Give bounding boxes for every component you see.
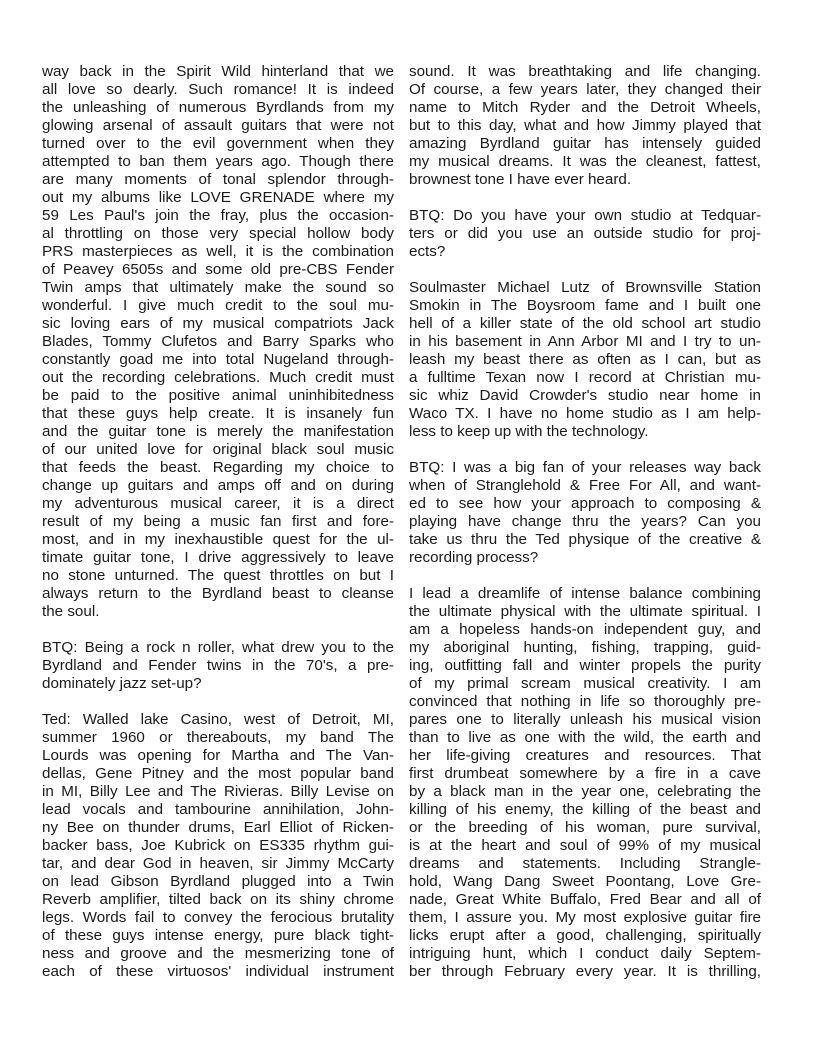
text-line: hell of a killer state of the old school…: [409, 315, 761, 333]
text-line: sic loving ears of my musical compatriot…: [42, 315, 394, 333]
text-line: than to live as one with the wild, the e…: [409, 729, 761, 747]
text-line: in his basement in Ann Arbor MI and I tr…: [409, 333, 761, 351]
text-line: Soulmaster Michael Lutz of Brownsville S…: [409, 279, 761, 297]
text-line: constantly goad me into total Nugeland t…: [42, 351, 394, 369]
text-line: no stone unturned. The quest throttles o…: [42, 567, 394, 585]
text-line: or the breeding of his woman, pure survi…: [409, 819, 761, 837]
text-line: am a hopeless hands-on independent guy, …: [409, 621, 761, 639]
text-line: by a black man in the year one, celebrat…: [409, 783, 761, 801]
text-line: and the guitar tone is merely the manife…: [42, 423, 394, 441]
text-line: less to keep up with the technology.: [409, 423, 761, 441]
text-line: al throttling on those very special holl…: [42, 225, 394, 243]
text-line: BTQ: Being a rock n roller, what drew yo…: [42, 639, 394, 657]
interview-question: BTQ: I was a big fan of your releases wa…: [409, 459, 761, 567]
text-line: I lead a dreamlife of intense balance co…: [409, 585, 761, 603]
text-line: hold, Wang Dang Sweet Poontang, Love Gre…: [409, 873, 761, 891]
text-line: PRS masterpieces as well, it is the comb…: [42, 243, 394, 261]
text-line: killing of his enemy, the killing of the…: [409, 801, 761, 819]
text-line: pares one to literally unleash his music…: [409, 711, 761, 729]
text-line: sic whiz David Crowder's studio near hom…: [409, 387, 761, 405]
text-line: Smokin in The Boysroom fame and I built …: [409, 297, 761, 315]
text-line: Ted: Walled lake Casino, west of Detroit…: [42, 711, 394, 729]
left-column: way back in the Spirit Wild hinterland t…: [42, 63, 394, 999]
interview-question: BTQ: Do you have your own studio at Tedq…: [409, 207, 761, 261]
text-line: Reverb amplifier, tilted back on its shi…: [42, 891, 394, 909]
text-line: take us thru the Ted physique of the cre…: [409, 531, 761, 549]
text-line: ness and groove and the mesmerizing tone…: [42, 945, 394, 963]
interview-answer: I lead a dreamlife of intense balance co…: [409, 585, 761, 981]
text-line: Lourds was opening for Martha and The Va…: [42, 747, 394, 765]
text-line: of these guys intense energy, pure black…: [42, 927, 394, 945]
text-line: attempted to ban them years ago. Though …: [42, 153, 394, 171]
interview-answer: sound. It was breathtaking and life chan…: [409, 63, 761, 189]
text-line: intriguing hunt, which I conduct daily S…: [409, 945, 761, 963]
text-line: out the recording celebrations. Much cre…: [42, 369, 394, 387]
text-line: that feeds the beast. Regarding my choic…: [42, 459, 394, 477]
text-line: Byrdland and Fender twins in the 70's, a…: [42, 657, 394, 675]
text-line: but to this day, what and how Jimmy play…: [409, 117, 761, 135]
text-line: my musical dreams. It was the cleanest, …: [409, 153, 761, 171]
text-line: that these guys help create. It is insan…: [42, 405, 394, 423]
text-line: in MI, Billy Lee and The Rivieras. Billy…: [42, 783, 394, 801]
text-line: ed to see how your approach to composing…: [409, 495, 761, 513]
text-line: recording process?: [409, 549, 761, 567]
text-line: ber through February every year. It is t…: [409, 963, 761, 981]
text-line: BTQ: Do you have your own studio at Tedq…: [409, 207, 761, 225]
text-line: the soul.: [42, 603, 394, 621]
text-line: when of Stranglehold & Free For All, and…: [409, 477, 761, 495]
text-line: Of course, a few years later, they chang…: [409, 81, 761, 99]
text-line: of our united love for original black so…: [42, 441, 394, 459]
text-line: licks erupt after a good, challenging, s…: [409, 927, 761, 945]
text-line: leash my beast there as often as I can, …: [409, 351, 761, 369]
text-line: playing have change thru the years? Can …: [409, 513, 761, 531]
text-line: ects?: [409, 243, 761, 261]
text-line: on lead Gibson Byrdland plugged into a T…: [42, 873, 394, 891]
text-line: backer bass, Joe Kubrick on ES335 rhythm…: [42, 837, 394, 855]
text-line: ters or did you use an outside studio fo…: [409, 225, 761, 243]
interview-answer: Ted: Walled lake Casino, west of Detroit…: [42, 711, 394, 981]
text-line: way back in the Spirit Wild hinterland t…: [42, 63, 394, 81]
text-line: ny Bee on thunder drums, Earl Elliot of …: [42, 819, 394, 837]
text-line: dellas, Gene Pitney and the most popular…: [42, 765, 394, 783]
text-line: her life-giving creatures and resources.…: [409, 747, 761, 765]
text-line: BTQ: I was a big fan of your releases wa…: [409, 459, 761, 477]
text-line: Blades, Tommy Clufetos and Barry Sparks …: [42, 333, 394, 351]
document-page: way back in the Spirit Wild hinterland t…: [0, 0, 816, 1056]
text-line: brownest tone I have ever heard.: [409, 171, 761, 189]
text-line: of Peavey 6505s and some old pre-CBS Fen…: [42, 261, 394, 279]
text-line: my adventurous musical career, it is a d…: [42, 495, 394, 513]
text-line: glowing arsenal of assault guitars that …: [42, 117, 394, 135]
text-line: be paid to the positive animal uninhibit…: [42, 387, 394, 405]
text-line: a fulltime Texan now I record at Christi…: [409, 369, 761, 387]
text-line: ing, outfitting fall and winter propels …: [409, 657, 761, 675]
text-line: summer 1960 or thereabouts, my band The: [42, 729, 394, 747]
text-line: 59 Les Paul's join the fray, plus the oc…: [42, 207, 394, 225]
interview-question: BTQ: Being a rock n roller, what drew yo…: [42, 639, 394, 693]
text-line: lead vocals and tambourine annihilation,…: [42, 801, 394, 819]
text-line: timate guitar tone, I drive aggressively…: [42, 549, 394, 567]
text-line: the unleashing of numerous Byrdlands fro…: [42, 99, 394, 117]
text-line: always return to the Byrdland beast to c…: [42, 585, 394, 603]
text-line: first drumbeat somewhere by a fire in a …: [409, 765, 761, 783]
text-line: result of my being a music fan first and…: [42, 513, 394, 531]
text-line: dominately jazz set-up?: [42, 675, 394, 693]
text-line: tar, and dear God in heaven, sir Jimmy M…: [42, 855, 394, 873]
text-line: change up guitars and amps off and on du…: [42, 477, 394, 495]
text-line: all love so dearly. Such romance! It is …: [42, 81, 394, 99]
interview-answer: way back in the Spirit Wild hinterland t…: [42, 63, 394, 621]
text-line: my aboriginal hunting, fishing, trapping…: [409, 639, 761, 657]
text-line: turned over to the evil government when …: [42, 135, 394, 153]
text-line: is at the heart and soul of 99% of my mu…: [409, 837, 761, 855]
text-line: the ultimate physical with the ultimate …: [409, 603, 761, 621]
text-line: wonderful. I give much credit to the sou…: [42, 297, 394, 315]
text-line: legs. Words fail to convey the ferocious…: [42, 909, 394, 927]
right-column: sound. It was breathtaking and life chan…: [409, 63, 761, 999]
text-line: out my albums like LOVE GRENADE where my: [42, 189, 394, 207]
text-line: Twin amps that ultimately make the sound…: [42, 279, 394, 297]
text-line: them, I assure you. My most explosive gu…: [409, 909, 761, 927]
text-line: each of these virtuosos' individual inst…: [42, 963, 394, 981]
text-line: are many moments of tonal splendor throu…: [42, 171, 394, 189]
text-line: sound. It was breathtaking and life chan…: [409, 63, 761, 81]
text-line: nade, Great White Buffalo, Fred Bear and…: [409, 891, 761, 909]
text-line: most, and in my inexhaustible quest for …: [42, 531, 394, 549]
text-line: amazing Byrdland guitar has intensely gu…: [409, 135, 761, 153]
text-line: name to Mitch Ryder and the Detroit Whee…: [409, 99, 761, 117]
text-line: dreams and statements. Including Strangl…: [409, 855, 761, 873]
text-line: convinced that nothing in life so thorou…: [409, 693, 761, 711]
interview-answer: Soulmaster Michael Lutz of Brownsville S…: [409, 279, 761, 441]
text-line: Waco TX. I have no home studio as I am h…: [409, 405, 761, 423]
text-line: of my primal scream musical creativity. …: [409, 675, 761, 693]
